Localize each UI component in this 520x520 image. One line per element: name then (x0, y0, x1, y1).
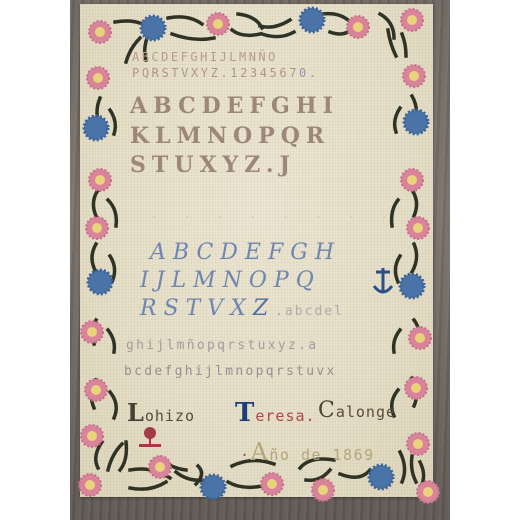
strawberry-motif (139, 427, 161, 447)
script-row-3-z: Z (253, 296, 275, 321)
signature-name-cap: T (235, 398, 255, 428)
alphabet-row-1: ABCDEFGHIJLMNÑO (132, 50, 278, 64)
date-rest: ño de 1869 (269, 446, 374, 464)
script-row-1: ABCDEFGH (150, 240, 341, 265)
alphabet-row-2-tail: 0. (299, 66, 319, 80)
signature-lo-hizo: Lohizo (127, 398, 195, 427)
gothic-row-1: ABCDEFGHI (130, 93, 339, 119)
alphabet-row-2-main: PQRSTVXYZ.1234567 (132, 66, 299, 80)
date-cap: A (251, 438, 270, 466)
script-row-3-main: RSTVX (140, 296, 253, 321)
gothic-row-2: KLMNOPQR (130, 123, 330, 149)
signature-teresa: Teresa. (235, 398, 316, 428)
signature-surname-rest: alonge (336, 403, 396, 421)
alphabet-row-2: PQRSTVXYZ.12345670. (132, 66, 319, 80)
script-row-3: RSTVXZ.abcdel (140, 296, 344, 321)
date-ano-1869: ·Año de 1869 (240, 438, 375, 466)
signature-calonge: Calonge (318, 398, 396, 423)
signature-lo-rest: ohizo (145, 407, 195, 425)
signature-lo-cap: L (127, 398, 145, 427)
unpicked-stitch-ghost: · · · · · · · · · · (150, 210, 462, 226)
date-dot: · (240, 446, 251, 464)
gothic-row-3: STUXYZ.J (130, 152, 296, 178)
anchor-icon (374, 268, 392, 292)
script-row-2: IJLMNOPQ (140, 268, 321, 293)
signature-surname-cap: C (318, 398, 336, 423)
script-row-3-lowercase: .abcdel (275, 304, 344, 319)
lowercase-row-2: bcdefghijlmnopqrstuvx (124, 364, 337, 379)
signature-name-rest: eresa. (255, 407, 315, 425)
lowercase-row-1: ghijlmñopqrstuxyz.a (126, 338, 318, 353)
